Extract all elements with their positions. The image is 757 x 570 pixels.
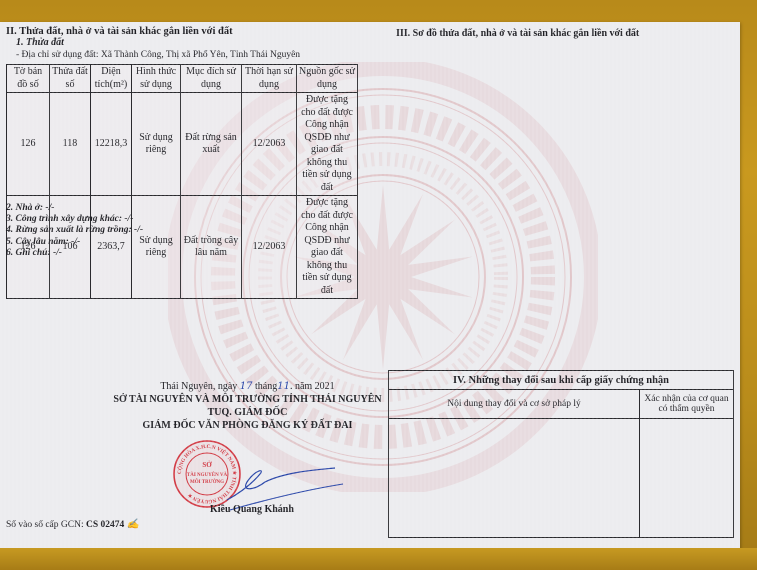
col-purpose: Mục đích sử dụng	[181, 65, 242, 93]
section-2-subtitle: 1. Thửa đất	[16, 37, 64, 48]
authority-confirmation-cell	[640, 419, 734, 538]
initials-icon: ✍	[127, 519, 139, 530]
col-term: Thời hạn sử dụng	[242, 65, 297, 93]
cell-purpose: Đất trồng cây lâu năm	[181, 196, 242, 299]
col-change-content: Nội dung thay đổi và cơ sở pháp lý	[389, 390, 640, 419]
note-planted-forest: 4. Rừng sản xuất là rừng trồng: -/-	[6, 225, 143, 236]
cell-term: 12/2063	[242, 196, 297, 299]
note-house: 2. Nhà ở: -/-	[6, 203, 143, 214]
cell-area: 12218,3	[91, 93, 132, 196]
note-remarks: 6. Ghi chú: -/-	[6, 248, 143, 259]
issue-date: Thái Nguyên, ngày 17 tháng11. năm 2021	[110, 380, 385, 393]
issue-day: 17	[240, 381, 253, 392]
col-area: Diện tích(m²)	[91, 65, 132, 93]
section-2-title: II. Thửa đất, nhà ở và tài sản khác gắn …	[6, 26, 233, 37]
land-address: - Địa chỉ sử dụng đất: Xã Thành Công, Th…	[16, 50, 300, 60]
changes-table: IV. Những thay đổi sau khi cấp giấy chứn…	[388, 370, 734, 538]
note-perennial-trees: 5. Cây lâu năm: -/-	[6, 237, 143, 248]
cell-origin: Được tặng cho đất được Công nhận QSDĐ nh…	[297, 196, 358, 299]
col-map-sheet: Tờ bản đồ số	[7, 65, 50, 93]
signer-name: Kiều Quang Khánh	[210, 504, 294, 515]
certificate-registry-number: Số vào sổ cấp GCN: CS 02474 ✍	[6, 519, 139, 530]
col-usage-form: Hình thức sử dụng	[132, 65, 181, 93]
cell-map-sheet: 126	[7, 93, 50, 196]
cell-term: 12/2063	[242, 93, 297, 196]
table-row: 126 118 12218,3 Sử dụng riêng Đất rừng s…	[7, 93, 358, 196]
stamp-line-2: TÀI NGUYÊN VÀ	[187, 472, 228, 478]
signature-block: Thái Nguyên, ngày 17 tháng11. năm 2021 S…	[110, 380, 385, 432]
change-content-cell	[389, 419, 640, 538]
col-authority-confirmation: Xác nhận của cơ quan có thẩm quyền	[640, 390, 734, 419]
section-3-title: III. Sơ đồ thửa đất, nhà ở và tài sản kh…	[396, 28, 639, 39]
col-parcel-number: Thửa đất số	[50, 65, 91, 93]
note-other-construction: 3. Công trình xây dựng khác: -/-	[6, 214, 143, 225]
certificate-page: II. Thửa đất, nhà ở và tài sản khác gắn …	[0, 22, 740, 552]
signer-position: GIÁM ĐỐC VĂN PHÒNG ĐĂNG KÝ ĐẤT ĐAI	[110, 419, 385, 432]
on-behalf-label: TUQ. GIÁM ĐỐC	[110, 406, 385, 419]
section-4-title: IV. Những thay đổi sau khi cấp giấy chứn…	[389, 371, 734, 390]
cell-usage-form: Sử dụng riêng	[132, 93, 181, 196]
stamp-line-1: SỞ	[202, 461, 212, 469]
issue-month: 11	[277, 381, 290, 392]
issuing-agency: SỞ TÀI NGUYÊN VÀ MÔI TRƯỜNG TỈNH THÁI NG…	[110, 393, 385, 406]
land-parcel-table: Tờ bản đồ số Thửa đất số Diện tích(m²) H…	[6, 64, 358, 299]
cell-purpose: Đất rừng sản xuất	[181, 93, 242, 196]
col-origin: Nguồn gốc sử dụng	[297, 65, 358, 93]
stamp-line-3: MÔI TRƯỜNG	[190, 479, 224, 485]
registry-number: CS 02474	[86, 520, 124, 530]
cell-parcel-number: 118	[50, 93, 91, 196]
wooden-table-edge	[0, 548, 757, 570]
cell-origin: Được tặng cho đất được Công nhận QSDĐ nh…	[297, 93, 358, 196]
other-assets-notes: 2. Nhà ở: -/- 3. Công trình xây dựng khá…	[6, 203, 143, 259]
